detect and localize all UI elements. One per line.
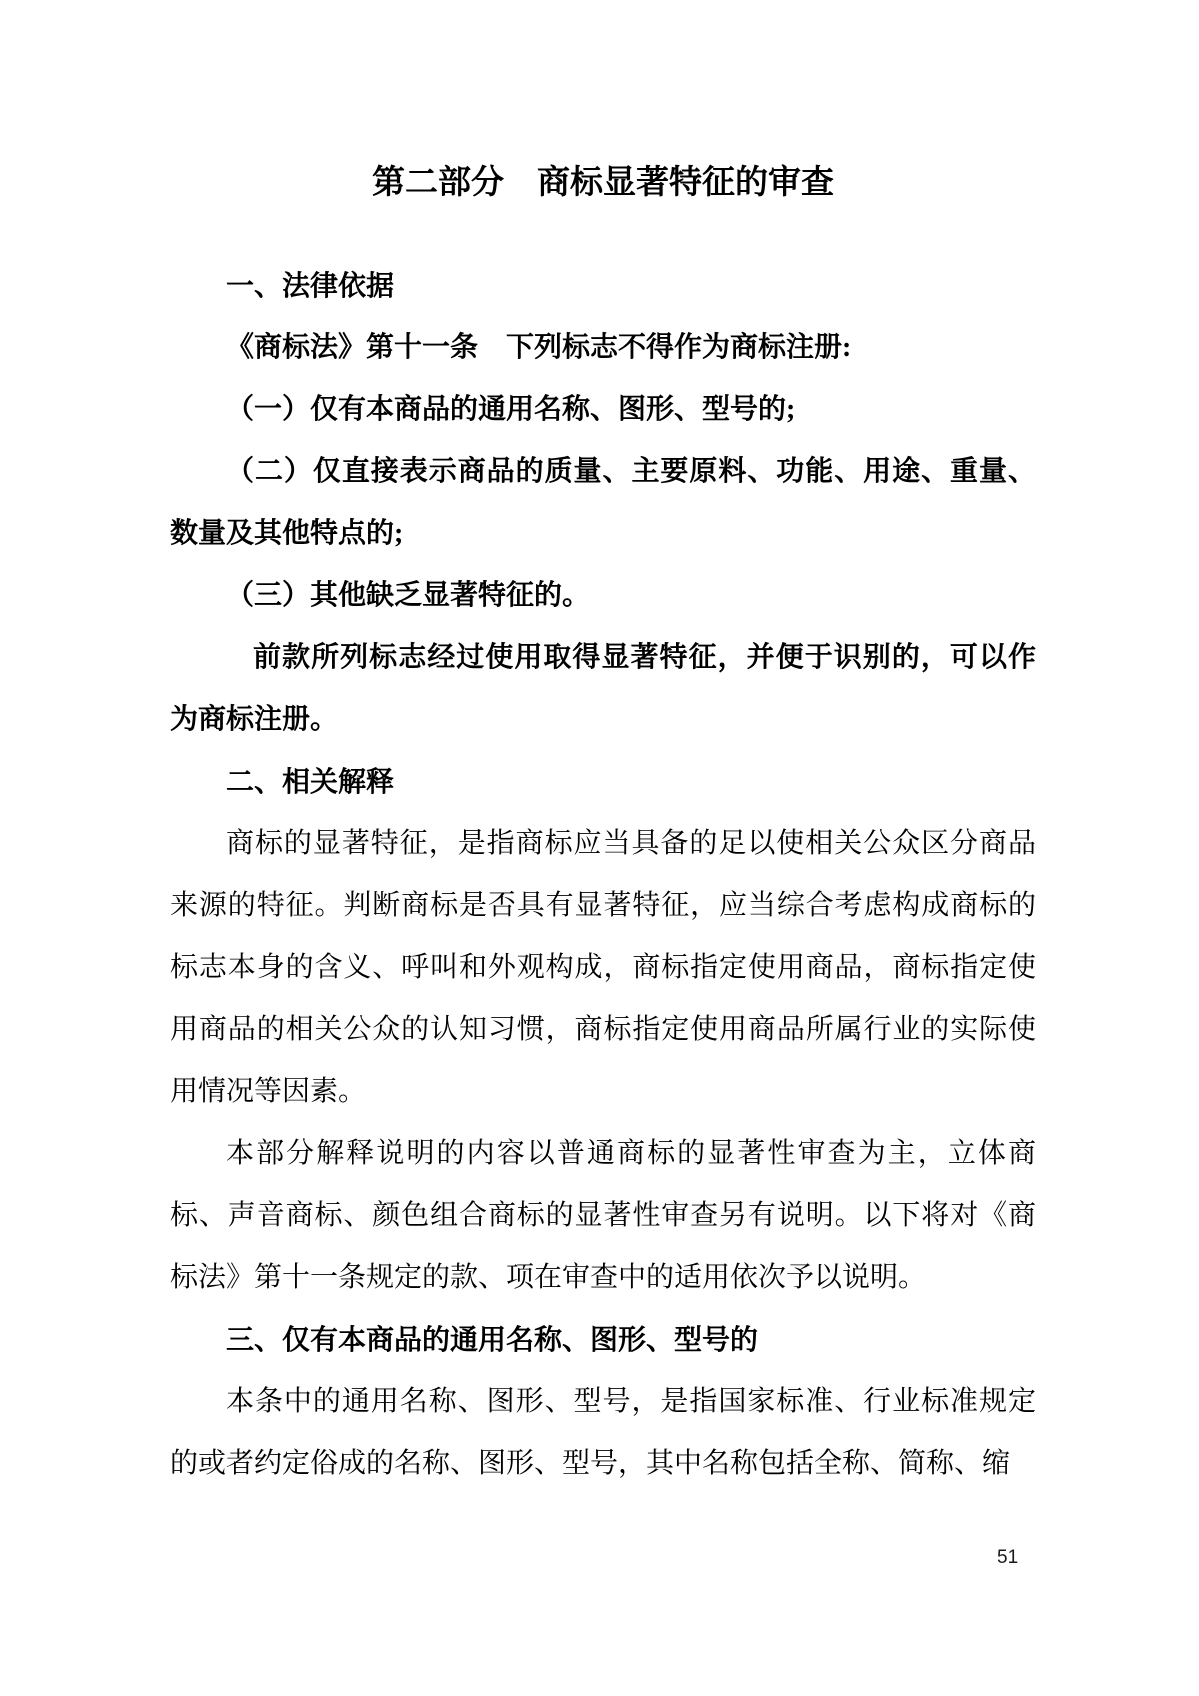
paragraph-law: （三）其他缺乏显著特征的。 [170, 565, 1036, 627]
paragraph-law: 前款所列标志经过使用取得显著特征，并便于识别的，可以作为商标注册。 [170, 627, 1036, 751]
page-number: 51 [997, 1547, 1018, 1569]
document-content: 第二部分 商标显著特征的审查 一、法律依据《商标法》第十一条 下列标志不得作为商… [170, 155, 1036, 1495]
paragraph-law: 《商标法》第十一条 下列标志不得作为商标注册: [170, 317, 1036, 379]
document-page: 第二部分 商标显著特征的审查 一、法律依据《商标法》第十一条 下列标志不得作为商… [0, 0, 1199, 1696]
paragraph-law: （二）仅直接表示商品的质量、主要原料、功能、用途、重量、数量及其他特点的; [170, 441, 1036, 565]
paragraph-body: 本条中的通用名称、图形、型号，是指国家标准、行业标准规定的或者约定俗成的名称、图… [170, 1371, 1036, 1495]
paragraph-heading: 一、法律依据 [170, 255, 1036, 317]
paragraph-heading: 二、相关解释 [170, 751, 1036, 813]
paragraph-list: 一、法律依据《商标法》第十一条 下列标志不得作为商标注册:（一）仅有本商品的通用… [170, 255, 1036, 1495]
paragraph-heading: 三、仅有本商品的通用名称、图形、型号的 [170, 1309, 1036, 1371]
paragraph-body: 商标的显著特征，是指商标应当具备的足以使相关公众区分商品来源的特征。判断商标是否… [170, 813, 1036, 1123]
paragraph-body: 本部分解释说明的内容以普通商标的显著性审查为主，立体商标、声音商标、颜色组合商标… [170, 1123, 1036, 1309]
paragraph-law: （一）仅有本商品的通用名称、图形、型号的; [170, 379, 1036, 441]
page-title: 第二部分 商标显著特征的审查 [170, 155, 1036, 211]
